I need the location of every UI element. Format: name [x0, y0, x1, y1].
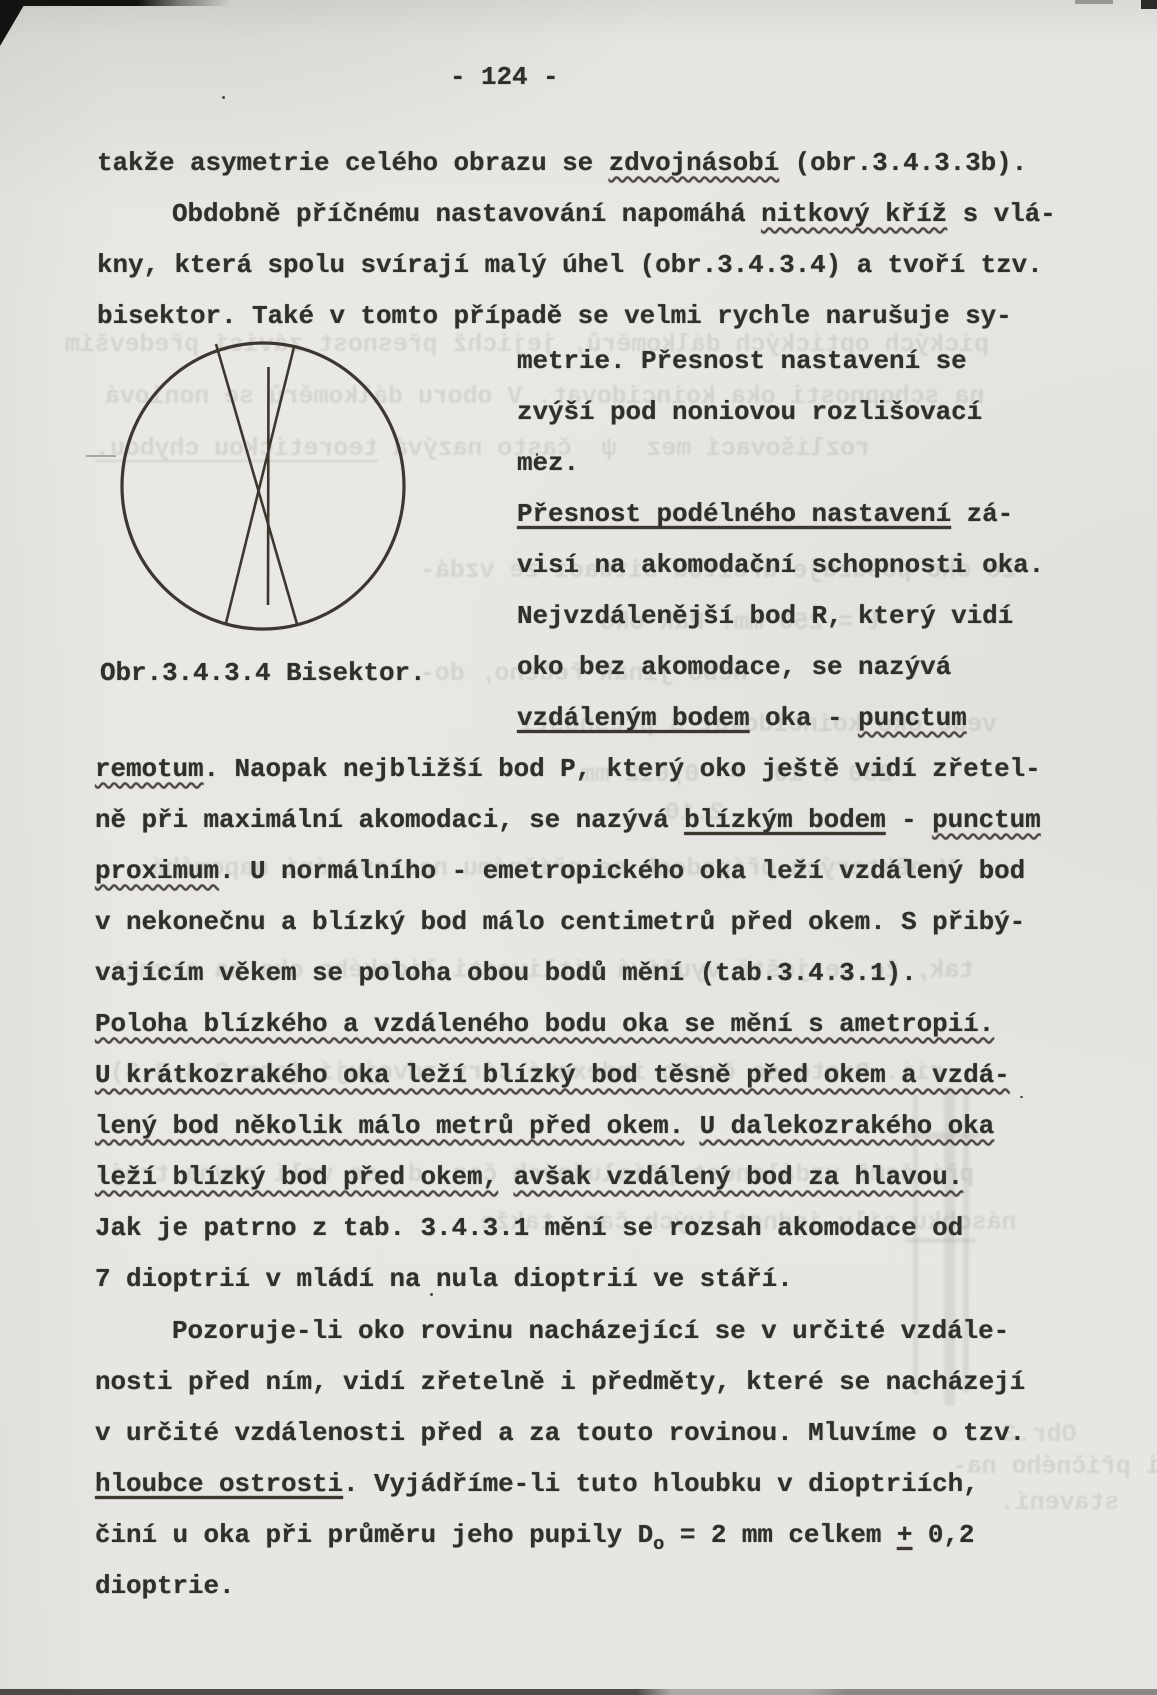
text-segment: -: [886, 805, 933, 835]
text-segment: dioptrie.: [95, 1571, 235, 1601]
bisector-center-line: [268, 367, 269, 605]
text-line: takže asymetrie celého obrazu se zdvojná…: [97, 148, 1027, 179]
text-segment: ně při maximální akomodaci, se nazývá: [95, 805, 684, 835]
text-segment: . Vyjádříme-li tuto hloubku v dioptriích…: [343, 1469, 979, 1499]
bleedthrough-line: přesnosti příčného na-: [952, 1452, 1157, 1482]
underlined-text-segment: lený bod několik málo metrů před okem.: [95, 1111, 684, 1141]
underlined-text-segment: vzdáleným bodem: [517, 703, 750, 733]
text-line: zvýší pod noniovou rozlišovací: [517, 397, 982, 428]
text-segment: Obdobně příčnému nastavování napomáhá: [172, 199, 761, 229]
text-segment: oko bez akomodace, se nazývá: [517, 652, 951, 682]
text-line: Pozoruje-li oko rovinu nacházející se v …: [172, 1316, 1009, 1347]
text-segment: o: [653, 1533, 664, 1555]
underlined-text-segment: hloubce ostrosti: [95, 1469, 343, 1499]
text-segment: stavení.: [1000, 1488, 1119, 1517]
text-line: remotum. Naopak nejbližší bod P, který o…: [95, 754, 1041, 785]
underlined-text-segment: U dalekozrakého oka: [700, 1111, 995, 1141]
underlined-text-segment: punctum: [858, 703, 967, 733]
scan-speck: [1020, 1096, 1023, 1098]
text-line: proximum. U normálního - emetropického o…: [95, 856, 1025, 887]
text-line: U krátkozrakého oka leží blízký bod těsn…: [95, 1060, 1010, 1091]
text-segment: takže asymetrie celého obrazu se: [97, 148, 609, 178]
text-segment: 7 dioptrií v mládí na nula dioptrií ve s…: [95, 1264, 793, 1294]
text-segment: Pozoruje-li oko rovinu nacházející se v …: [172, 1316, 1009, 1346]
scan-artifact-dash: [86, 455, 116, 457]
text-line: Obdobně příčnému nastavování napomáhá ni…: [172, 199, 1056, 230]
underlined-text-segment: Poloha blízkého a vzdáleného bodu oka se…: [95, 1009, 994, 1039]
underlined-text-segment: proximum: [95, 856, 219, 886]
text-segment: = 2 mm celkem: [664, 1520, 897, 1550]
text-line: vajícím věkem se poloha obou bodů mění (…: [95, 958, 917, 989]
text-line: oko bez akomodace, se nazývá: [517, 652, 951, 683]
text-line: hloubce ostrosti. Vyjádříme-li tuto hlou…: [95, 1469, 979, 1500]
text-segment: [684, 1111, 700, 1141]
text-line: dioptrie.: [95, 1571, 235, 1602]
underlined-text-segment: +: [897, 1520, 913, 1550]
underlined-text-segment: Přesnost podélného nastavení: [517, 499, 951, 529]
text-segment: Nejvzdálenější bod R, který vidí: [517, 601, 1013, 631]
text-segment: přesnosti příčného na-: [952, 1452, 1157, 1481]
text-line: ně při maximální akomodaci, se nazývá bl…: [95, 805, 1041, 836]
text-segment: s vlá-: [947, 199, 1056, 229]
figure-caption: Obr.3.4.3.4 Bisektor.: [100, 658, 426, 689]
text-line: lený bod několik málo metrů před okem. U…: [95, 1111, 994, 1142]
text-segment: zá-: [951, 499, 1013, 529]
scan-speck: [222, 96, 225, 99]
text-segment: . U normálního - emetropického oka leží …: [219, 856, 1025, 886]
bleedthrough-line: stavení.: [1000, 1488, 1119, 1518]
scan-artifact-bottom-strip: [0, 1689, 1157, 1695]
text-line: Přesnost podélného nastavení zá-: [517, 499, 1013, 530]
text-line: Poloha blízkého a vzdáleného bodu oka se…: [95, 1009, 994, 1040]
underlined-text-segment: U krátkozrakého oka leží blízký bod těsn…: [95, 1060, 1010, 1090]
text-line: kny, která spolu svírají malý úhel (obr.…: [97, 250, 1043, 281]
text-line: leží blízký bod před okem, avšak vzdálen…: [95, 1162, 963, 1193]
text-segment: nosti před ním, vidí zřetelně i předměty…: [95, 1367, 1025, 1397]
underlined-text-segment: zdvojnásobí: [609, 148, 780, 178]
text-segment: kny, která spolu svírají malý úhel (obr.…: [97, 250, 1043, 280]
underlined-text-segment: punctum: [932, 805, 1041, 835]
text-segment: visí na akomodační schopnosti oka.: [517, 550, 1044, 580]
text-segment: . Naopak nejbližší bod P, který oko ješt…: [204, 754, 1041, 784]
underlined-text-segment: leží blízký bod před okem,: [95, 1162, 498, 1192]
text-line: 7 dioptrií v mládí na nula dioptrií ve s…: [95, 1264, 793, 1295]
text-segment: rozlišovací mez ψ často nazývá: [378, 434, 870, 463]
text-line: metrie. Přesnost nastavení se: [517, 346, 967, 377]
text-line: visí na akomodační schopnosti oka.: [517, 550, 1044, 581]
text-line: Nejvzdálenější bod R, který vidí: [517, 601, 1013, 632]
text-segment: v nekonečnu a blízký bod málo centimetrů…: [95, 907, 1025, 937]
text-line: Jak je patrno z tab. 3.4.3.1 mění se roz…: [95, 1213, 963, 1244]
text-segment: mez.: [517, 448, 579, 478]
text-segment: [498, 1162, 514, 1192]
text-segment: v určité vzdálenosti před a za touto rov…: [95, 1418, 1025, 1448]
text-line: mez.: [517, 448, 579, 479]
text-segment: (obr.3.4.3.3b).: [779, 148, 1027, 178]
text-line: činí u oka při průměru jeho pupily Do = …: [95, 1520, 974, 1560]
page-number: - 124 -: [450, 62, 559, 93]
text-segment: oka -: [750, 703, 859, 733]
underlined-text-segment: avšak vzdálený bod za hlavou.: [514, 1162, 964, 1192]
text-segment: metrie. Přesnost nastavení se: [517, 346, 967, 376]
underlined-text-segment: nitkový kříž: [761, 199, 947, 229]
scan-artifact-top-right-corner: [1141, 0, 1157, 9]
text-line: vzdáleným bodem oka - punctum: [517, 703, 967, 734]
text-line: v určité vzdálenosti před a za touto rov…: [95, 1418, 1025, 1449]
text-segment: Jak je patrno z tab. 3.4.3.1 mění se roz…: [95, 1213, 963, 1243]
underlined-text-segment: blízkým bodem: [684, 805, 886, 835]
scanned-document-page: pických optických dálkoměrů, jejichž pře…: [0, 0, 1157, 1695]
bisector-figure: [96, 318, 416, 648]
text-line: nosti před ním, vidí zřetelně i předměty…: [95, 1367, 1025, 1398]
text-segment: vajícím věkem se poloha obou bodů mění (…: [95, 958, 917, 988]
scan-speck: [430, 1293, 433, 1296]
text-segment: zvýší pod noniovou rozlišovací: [517, 397, 982, 427]
scan-artifact-top-left-corner: [0, 0, 27, 46]
text-segment: 0,2: [912, 1520, 974, 1550]
scan-artifact-top-right-smudge: [1075, 0, 1113, 4]
scan-artifact-top-strip: [0, 0, 230, 6]
underlined-text-segment: remotum: [95, 754, 204, 784]
circle-outline: [122, 343, 404, 629]
text-line: v nekonečnu a blízký bod málo centimetrů…: [95, 907, 1025, 938]
text-segment: činí u oka při průměru jeho pupily D: [95, 1520, 653, 1550]
scan-speck: [536, 453, 538, 456]
